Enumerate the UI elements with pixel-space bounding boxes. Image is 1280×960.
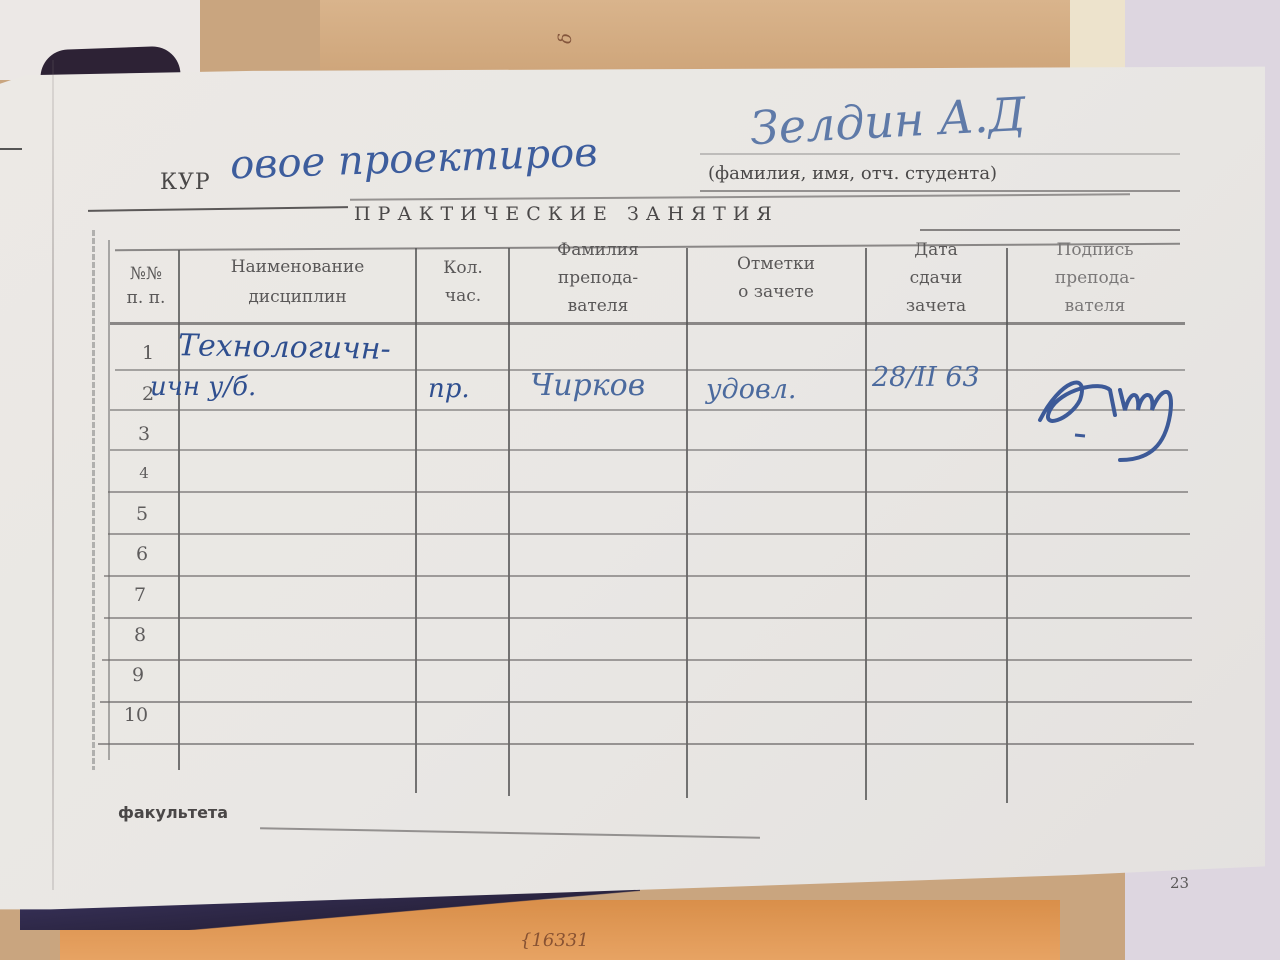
background-paper: [320, 0, 1080, 70]
section-title: ПРАКТИЧЕСКИЕ ЗАНЯТИЯ: [354, 203, 779, 225]
row-number: 4: [124, 464, 164, 482]
caption-underline: [700, 190, 1180, 192]
row-line: [98, 743, 1194, 745]
stitching-line: [92, 230, 95, 770]
section-title-rule: [920, 229, 1180, 231]
column-header-number: №№ п. п.: [116, 262, 176, 310]
row-number: 6: [122, 543, 162, 565]
marks-handwritten: удовл.: [706, 374, 797, 405]
date-handwritten: 28/II 63: [872, 362, 980, 393]
header-line: дисциплин: [185, 282, 410, 312]
header-line: о зачете: [690, 278, 862, 306]
header-line: Подпись: [1010, 236, 1180, 264]
row-number: 7: [120, 584, 160, 606]
row-line: [108, 533, 1190, 535]
row-line: [108, 491, 1188, 493]
course-label: КУР: [160, 170, 211, 195]
background-paper-right: [1070, 0, 1130, 70]
column-header-signature: Подпись препода- вателя: [1010, 236, 1180, 320]
student-name-caption: (фамилия, имя, отч. студента): [708, 163, 997, 184]
row-number: 1: [128, 342, 168, 364]
column-header-marks: Отметки о зачете: [690, 250, 862, 306]
header-line: Кол.: [420, 254, 506, 282]
background-handwriting: {16331: [520, 930, 589, 951]
column-header-hours: Кол. час.: [420, 254, 506, 310]
teacher-signature-icon: [1020, 360, 1195, 480]
column-header-teacher: Фамилия препода- вателя: [512, 236, 684, 320]
row-line: [104, 575, 1190, 577]
header-line: п. п.: [116, 286, 176, 310]
row-number: 8: [120, 624, 160, 646]
header-line: препода-: [512, 264, 684, 292]
header-line: зачета: [868, 292, 1004, 320]
page-gutter: [52, 60, 54, 890]
name-underline: [700, 153, 1180, 155]
page-number: 23: [1170, 874, 1189, 892]
column-divider: [865, 248, 867, 800]
column-divider: [508, 248, 510, 796]
row-line: [104, 617, 1192, 619]
header-line: №№: [116, 262, 176, 286]
header-line: вателя: [512, 292, 684, 320]
column-divider: [686, 248, 688, 798]
column-header-date: Дата сдачи зачета: [868, 236, 1004, 320]
margin-tick: [0, 148, 22, 150]
header-line: сдачи: [868, 264, 1004, 292]
row-line: [102, 659, 1192, 661]
hours-handwritten: пр.: [428, 374, 470, 404]
column-divider: [1006, 248, 1008, 803]
row-number: 5: [122, 503, 162, 525]
row-number: 9: [118, 664, 158, 686]
header-line: час.: [420, 282, 506, 310]
discipline-handwritten-line2: ичн у/б.: [150, 372, 256, 402]
row-number: 10: [116, 704, 156, 726]
background-handwriting: δ: [555, 33, 576, 44]
header-line: Наименование: [185, 252, 410, 282]
column-header-discipline: Наименование дисциплин: [185, 252, 410, 312]
table-header-border: [110, 322, 1185, 325]
row-number: 3: [124, 423, 164, 445]
teacher-handwritten: Чирков: [530, 368, 645, 403]
header-line: Фамилия: [512, 236, 684, 264]
discipline-handwritten-line1: Технологичн-: [178, 328, 391, 367]
header-line: препода-: [1010, 264, 1180, 292]
row-line: [100, 701, 1192, 703]
faculty-label: факультета: [118, 803, 228, 822]
column-divider: [415, 248, 417, 793]
header-line: Отметки: [690, 250, 862, 278]
header-line: Дата: [868, 236, 1004, 264]
header-line: вателя: [1010, 292, 1180, 320]
table-left-border: [108, 240, 110, 760]
